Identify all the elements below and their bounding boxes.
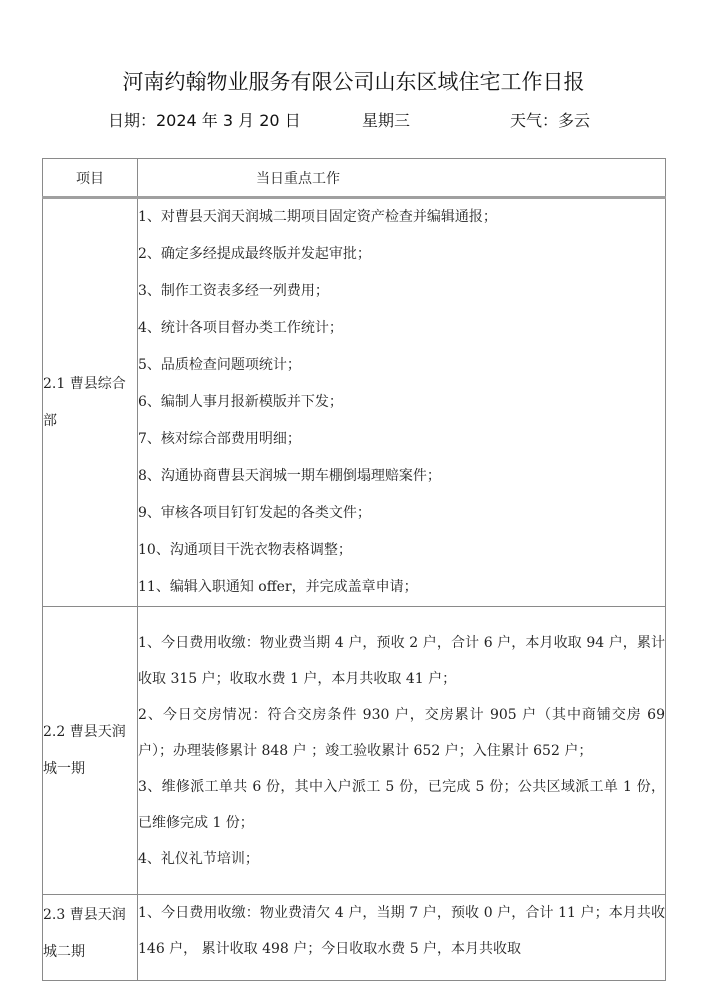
work-item: 6、编制人事月报新模版并下发； bbox=[138, 384, 665, 421]
project-cell: 2.2 曹县天润城一期 bbox=[43, 607, 138, 895]
work-item: 1、今日费用收缴：物业费清欠 4 户，当期 7 户，预收 0 户，合计 11 户… bbox=[138, 895, 665, 967]
work-item: 3、维修派工单共 6 份，其中入户派工 5 份，已完成 5 份；公共区域派工单 … bbox=[138, 769, 665, 841]
table-row: 2.2 曹县天润城一期 1、今日费用收缴：物业费当期 4 户，预收 2 户，合计… bbox=[43, 607, 666, 895]
table-row: 2.3 曹县天润城二期 1、今日费用收缴：物业费清欠 4 户，当期 7 户，预收… bbox=[43, 895, 666, 981]
work-item: 3、制作工资表多经一列费用； bbox=[138, 273, 665, 310]
report-weather: 天气：多云 bbox=[510, 108, 590, 131]
table-row: 2.1 曹县综合部 1、对曹县天润天润城二期项目固定资产检查并编辑通报； 2、确… bbox=[43, 198, 666, 607]
work-item: 2、确定多经提成最终版并发起审批； bbox=[138, 236, 665, 273]
work-cell: 1、今日费用收缴：物业费当期 4 户，预收 2 户，合计 6 户，本月收取 94… bbox=[138, 607, 666, 895]
project-cell: 2.3 曹县天润城二期 bbox=[43, 895, 138, 981]
report-date: 日期：2024 年 3 月 20 日 bbox=[108, 108, 301, 131]
header-project: 项目 bbox=[43, 159, 138, 198]
report-weekday: 星期三 bbox=[362, 108, 410, 131]
work-cell: 1、对曹县天润天润城二期项目固定资产检查并编辑通报； 2、确定多经提成最终版并发… bbox=[138, 198, 666, 607]
work-item: 11、编辑入职通知 offer，并完成盖章申请； bbox=[138, 569, 665, 606]
work-item: 1、今日费用收缴：物业费当期 4 户，预收 2 户，合计 6 户，本月收取 94… bbox=[138, 625, 665, 697]
work-item: 4、礼仪礼节培训； bbox=[138, 841, 665, 877]
work-item: 5、品质检查问题项统计； bbox=[138, 347, 665, 384]
report-title: 河南约翰物业服务有限公司山东区域住宅工作日报 bbox=[0, 66, 707, 96]
daily-work-table: 项目 当日重点工作 2.1 曹县综合部 1、对曹县天润天润城二期项目固定资产检查… bbox=[42, 158, 666, 981]
work-list: 1、今日费用收缴：物业费当期 4 户，预收 2 户，合计 6 户，本月收取 94… bbox=[138, 625, 665, 877]
work-item: 9、审核各项目钉钉发起的各类文件； bbox=[138, 495, 665, 532]
work-item: 7、核对综合部费用明细； bbox=[138, 421, 665, 458]
work-item: 1、对曹县天润天润城二期项目固定资产检查并编辑通报； bbox=[138, 199, 665, 236]
work-list: 1、今日费用收缴：物业费清欠 4 户，当期 7 户，预收 0 户，合计 11 户… bbox=[138, 895, 665, 967]
table-header-row: 项目 当日重点工作 bbox=[43, 159, 666, 198]
work-cell: 1、今日费用收缴：物业费清欠 4 户，当期 7 户，预收 0 户，合计 11 户… bbox=[138, 895, 666, 981]
work-list: 1、对曹县天润天润城二期项目固定资产检查并编辑通报； 2、确定多经提成最终版并发… bbox=[138, 199, 665, 606]
header-key-work: 当日重点工作 bbox=[138, 159, 666, 198]
work-item: 2、今日交房情况：符合交房条件 930 户，交房累计 905 户（其中商铺交房 … bbox=[138, 697, 665, 769]
work-item: 8、沟通协商曹县天润城一期车棚倒塌理赔案件； bbox=[138, 458, 665, 495]
work-item: 4、统计各项目督办类工作统计； bbox=[138, 310, 665, 347]
work-item: 10、沟通项目干洗衣物表格调整； bbox=[138, 532, 665, 569]
project-cell: 2.1 曹县综合部 bbox=[43, 198, 138, 607]
